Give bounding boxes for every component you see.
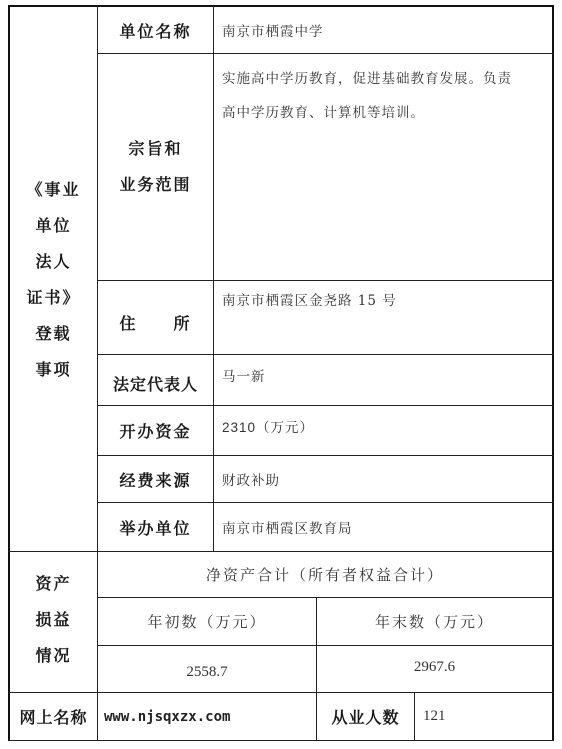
value-line: 高中学历教育、计算机等培训。 [222, 96, 425, 130]
startup-capital-value: 2310（万元） [214, 406, 552, 455]
section-label-certificate: 《事业 单位 法人 证书》 登载 事项 [10, 172, 97, 392]
section-label-line: 资产 [35, 566, 71, 602]
website-value: www.njsqxzx.com [98, 693, 316, 740]
assets-section-label: 资产 损益 情况 [10, 566, 97, 686]
unit-name-label: 单位名称 [98, 7, 213, 53]
year-start-value: 2558.7 [98, 646, 316, 692]
website-label: 网上名称 [10, 693, 97, 740]
legal-representative-value: 马一新 [214, 355, 552, 405]
section-label-line: 损益 [35, 602, 71, 638]
purpose-scope-label: 宗旨和 业务范围 [98, 54, 213, 280]
section-label-line: 单位 [35, 208, 71, 244]
net-assets-header: 净资产合计（所有者权益合计） [98, 552, 552, 597]
purpose-scope-value: 实施高中学历教育，促进基础教育发展。负责 高中学历教育、计算机等培训。 [214, 54, 552, 280]
address-label: 住 所 [98, 281, 213, 354]
sponsor-unit-value: 南京市栖霞区教育局 [214, 503, 552, 551]
section-label-line: 《事业 [26, 172, 80, 208]
staff-count-value: 121 [415, 693, 552, 740]
sponsor-unit-label: 举办单位 [98, 503, 213, 551]
year-end-value: 2967.6 [317, 646, 552, 692]
label-line: 宗旨和 [128, 131, 182, 167]
year-end-label: 年末数（万元） [317, 598, 552, 645]
funding-source-label: 经费来源 [98, 456, 213, 502]
section-label-line: 证书》 [26, 280, 80, 316]
section-label-line: 事项 [35, 352, 71, 388]
startup-capital-label: 开办资金 [98, 406, 213, 455]
divider [8, 740, 554, 741]
section-label-line: 登载 [35, 316, 71, 352]
label-line: 业务范围 [119, 167, 191, 203]
address-value: 南京市栖霞区金尧路 15 号 [214, 281, 552, 354]
funding-source-value: 财政补助 [214, 456, 552, 502]
unit-name-value: 南京市栖霞中学 [214, 7, 552, 53]
value-line: 实施高中学历教育，促进基础教育发展。负责 [222, 62, 512, 96]
section-label-line: 法人 [35, 244, 71, 280]
year-start-label: 年初数（万元） [98, 598, 316, 645]
staff-count-label: 从业人数 [317, 693, 414, 740]
legal-representative-label: 法定代表人 [98, 355, 213, 405]
section-label-line: 情况 [35, 638, 71, 674]
